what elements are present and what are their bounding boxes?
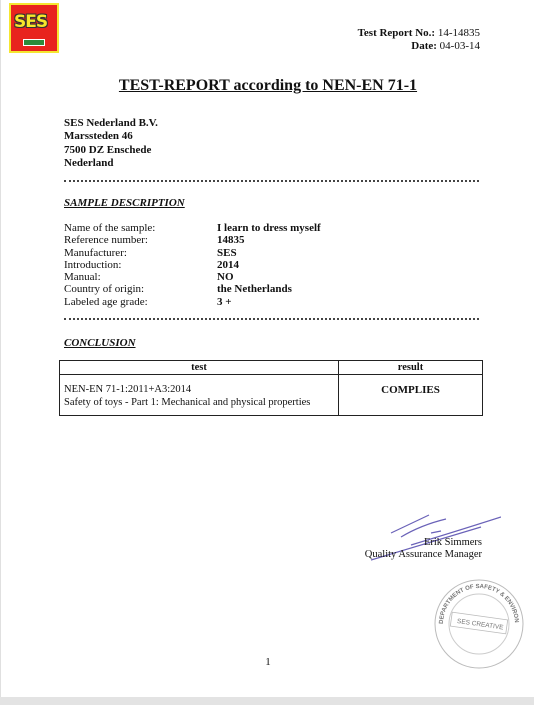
test-description: Safety of toys - Part 1: Mechanical and … (64, 396, 334, 409)
address-line: Nederland (64, 157, 158, 170)
desc-row: Manual:NO (64, 271, 321, 283)
report-header: Test Report No.: 14-14835 Date: 04-03-14 (358, 27, 480, 53)
dotted-divider (64, 180, 479, 182)
report-no: 14-14835 (438, 27, 480, 39)
ses-logo: SES (9, 3, 59, 53)
conclusion-table: test result NEN-EN 71-1:2011+A3:2014 Saf… (59, 360, 483, 416)
desc-value: 3 + (217, 296, 232, 308)
address-line: Marssteden 46 (64, 130, 158, 143)
sample-description: Name of the sample:I learn to dress myse… (64, 222, 321, 308)
desc-label: Country of origin: (64, 283, 217, 295)
desc-value: SES (217, 247, 237, 259)
sample-description-heading: SAMPLE DESCRIPTION (64, 197, 185, 209)
column-header-test: test (60, 361, 339, 375)
desc-row: Reference number:14835 (64, 234, 321, 246)
desc-row: Country of origin:the Netherlands (64, 283, 321, 295)
document-page: SES Test Report No.: 14-14835 Date: 04-0… (0, 0, 534, 697)
conclusion-heading: CONCLUSION (64, 337, 136, 349)
test-standard: NEN-EN 71-1:2011+A3:2014 (64, 383, 334, 396)
address-line: 7500 DZ Enschede (64, 144, 158, 157)
company-address: SES Nederland B.V. Marssteden 46 7500 DZ… (64, 117, 158, 170)
logo-subbadge (23, 39, 45, 46)
address-line: SES Nederland B.V. (64, 117, 158, 130)
desc-row: Manufacturer:SES (64, 247, 321, 259)
logo-text: SES (14, 12, 47, 32)
desc-value: the Netherlands (217, 283, 292, 295)
test-cell: NEN-EN 71-1:2011+A3:2014 Safety of toys … (60, 375, 339, 416)
desc-value: NO (217, 271, 234, 283)
signature-block: Erik Simmers Quality Assurance Manager (365, 537, 482, 561)
desc-value: 14835 (217, 234, 245, 246)
dotted-divider (64, 318, 479, 320)
page-number: 1 (1, 656, 534, 668)
table-row: NEN-EN 71-1:2011+A3:2014 Safety of toys … (60, 375, 483, 416)
desc-label: Manufacturer: (64, 247, 217, 259)
report-date: 04-03-14 (440, 40, 480, 52)
desc-label: Introduction: (64, 259, 217, 271)
column-header-result: result (339, 361, 483, 375)
desc-label: Reference number: (64, 234, 217, 246)
report-no-label: Test Report No.: (358, 27, 436, 39)
desc-label: Manual: (64, 271, 217, 283)
desc-row: Name of the sample:I learn to dress myse… (64, 222, 321, 234)
page-title: TEST-REPORT according to NEN-EN 71-1 (1, 77, 534, 95)
signer-name: Erik Simmers (365, 537, 482, 549)
result-cell: COMPLIES (339, 375, 483, 416)
signer-role: Quality Assurance Manager (365, 549, 482, 561)
desc-label: Name of the sample: (64, 222, 217, 234)
date-label: Date: (411, 40, 437, 52)
desc-value: 2014 (217, 259, 239, 271)
desc-row: Introduction:2014 (64, 259, 321, 271)
desc-value: I learn to dress myself (217, 222, 321, 234)
desc-row: Labeled age grade:3 + (64, 296, 321, 308)
desc-label: Labeled age grade: (64, 296, 217, 308)
